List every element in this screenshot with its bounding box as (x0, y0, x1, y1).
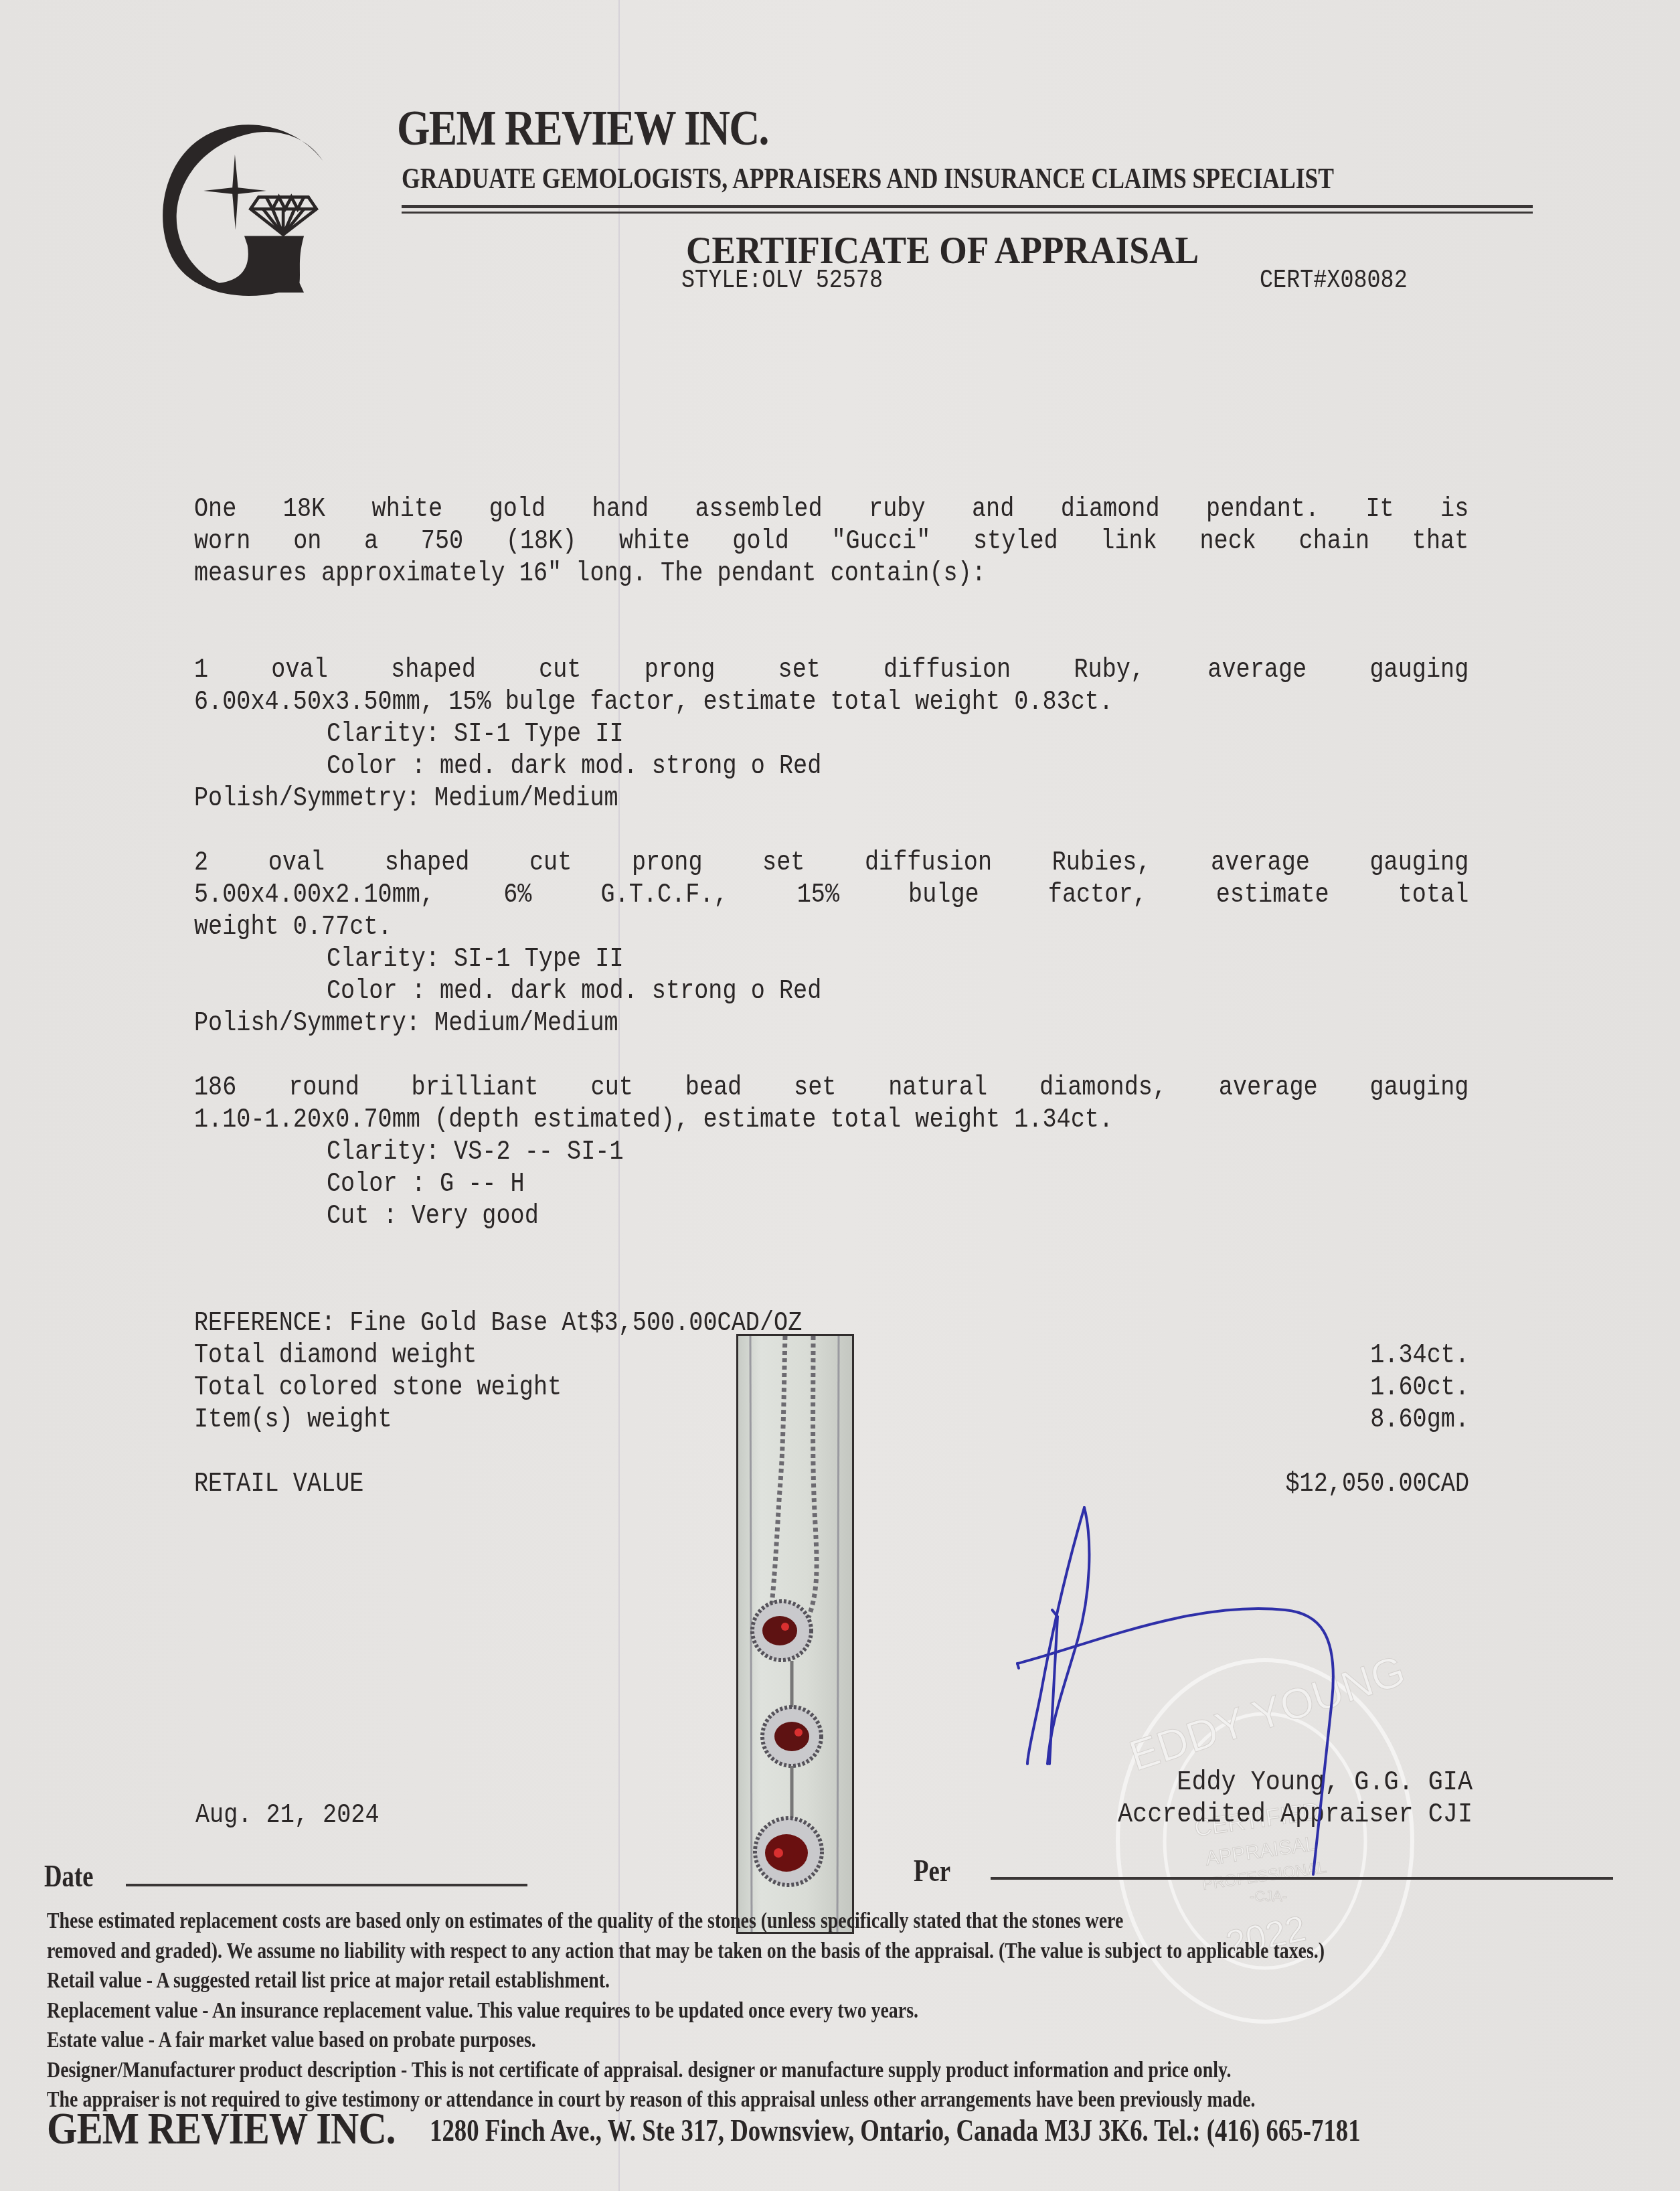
stone-clarity: Clarity: SI-1 Type II (194, 944, 1316, 976)
per-signature-line (991, 1877, 1613, 1880)
disclaimer-line: Retail value - A suggested retail list p… (47, 1966, 1381, 1996)
disclaimer-line: removed and graded). We assume no liabil… (47, 1937, 1381, 1967)
retail-value-label: RETAIL VALUE (194, 1469, 363, 1501)
style-number: STYLE:OLV 52578 (681, 266, 883, 295)
stone-polish-symmetry: Polish/Symmetry: Medium/Medium (194, 783, 1316, 815)
pendant-photo (736, 1334, 854, 1934)
gem-logo-icon (144, 110, 345, 311)
appraisal-certificate: GEM REVIEW INC. GRADUATE GEMOLOGISTS, AP… (0, 0, 1680, 2191)
stone-color: Color : med. dark mod. strong o Red (194, 751, 1316, 783)
disclaimer-line: These estimated replacement costs are ba… (47, 1906, 1381, 1937)
stone-description-line: 1ovalshapedcutprongsetdiffusionRuby,aver… (194, 655, 1468, 687)
stone-description-line: 2ovalshapedcutprongsetdiffusionRubies,av… (194, 847, 1468, 880)
stone-clarity: Clarity: SI-1 Type II (194, 719, 1316, 751)
disclaimers: These estimated replacement costs are ba… (47, 1906, 1673, 2115)
certificate-number: CERT#X08082 (1260, 266, 1408, 295)
footer-address: 1280 Finch Ave., W. Ste 317, Downsview, … (430, 2113, 1361, 2148)
header-rule (402, 205, 1533, 208)
date-signature-line (126, 1884, 527, 1886)
appraisal-date: Aug. 21, 2024 (195, 1801, 380, 1831)
company-name: GEM REVIEW INC. (397, 100, 768, 157)
stone-color: Color : G -- H (194, 1169, 1316, 1201)
stone-description-line: weight 0.77ct. (194, 912, 1316, 944)
certificate-title: CERTIFICATE OF APPRAISAL (686, 228, 1199, 272)
disclaimer-line: Replacement value - An insurance replace… (47, 1996, 1381, 2026)
stone-polish-symmetry: Polish/Symmetry: Medium/Medium (194, 1008, 1316, 1040)
footer-company: GEM REVIEW INC. (47, 2102, 396, 2155)
disclaimer-line: Estate value - A fair market value based… (47, 2026, 1381, 2056)
stone-cut: Cut : Very good (194, 1201, 1316, 1233)
header-rule-thin (402, 212, 1533, 214)
handwritten-signature (1004, 1499, 1473, 1941)
stone-clarity: Clarity: VS-2 -- SI-1 (194, 1137, 1316, 1169)
footer: GEM REVIEW INC. 1280 Finch Ave., W. Ste … (47, 2102, 452, 2155)
description-line: One18Kwhitegoldhandassembledrubyanddiamo… (194, 494, 1468, 526)
retail-value-amount: $12,050.00CAD (1285, 1469, 1469, 1501)
description-line: measures approximately 16" long. The pen… (194, 558, 1316, 590)
stone-color: Color : med. dark mod. strong o Red (194, 976, 1316, 1008)
description-line: wornona750(18K)whitegold"Gucci"styledlin… (194, 526, 1468, 558)
gold-reference: REFERENCE: Fine Gold Base At$3,500.00CAD… (194, 1308, 802, 1340)
date-label: Date (44, 1858, 94, 1894)
item-description: One18Kwhitegoldhandassembledrubyanddiamo… (194, 494, 1469, 1233)
stone-description-line: 6.00x4.50x3.50mm, 15% bulge factor, esti… (194, 687, 1316, 719)
stone-description-line: 186roundbrilliantcutbeadsetnaturaldiamon… (194, 1072, 1468, 1105)
company-tagline: GRADUATE GEMOLOGISTS, APPRAISERS AND INS… (402, 161, 1334, 195)
disclaimer-line: Designer/Manufacturer product descriptio… (47, 2056, 1381, 2086)
stone-description-line: 1.10-1.20x0.70mm (depth estimated), esti… (194, 1105, 1316, 1137)
per-label: Per (914, 1853, 950, 1888)
stone-description-line: 5.00x4.00x2.10mm,6%G.T.C.F.,15%bulgefact… (194, 880, 1468, 912)
